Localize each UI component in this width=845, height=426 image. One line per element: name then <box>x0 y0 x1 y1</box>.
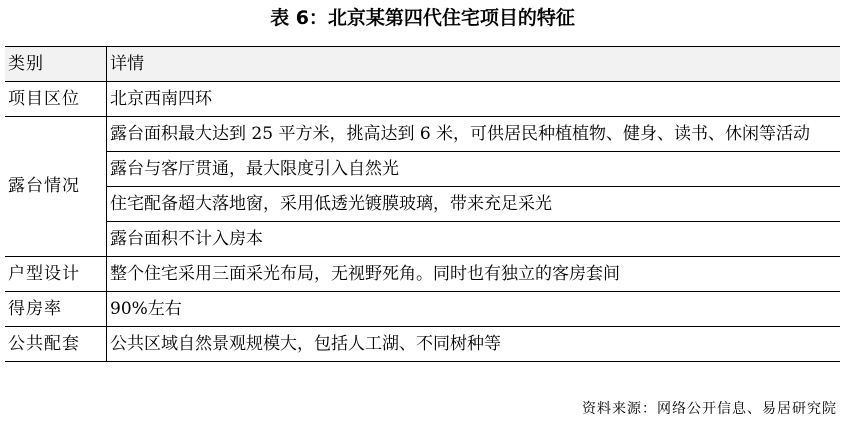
row-detail: 整个住宅采用三面采光布局，无视野死角。同时也有独立的客房套间 <box>107 257 841 292</box>
table-row: 露台情况 露台面积最大达到 25 平方米，挑高达到 6 米，可供居民种植植物、健… <box>5 117 840 152</box>
table-row: 项目区位 北京西南四环 <box>5 82 840 117</box>
row-detail: 90%左右 <box>107 292 841 327</box>
table-row: 得房率 90%左右 <box>5 292 840 327</box>
header-detail: 详情 <box>107 47 841 82</box>
row-detail: 露台面积最大达到 25 平方米，挑高达到 6 米，可供居民种植植物、健身、读书、… <box>107 117 841 152</box>
row-category: 公共配套 <box>5 327 107 362</box>
row-detail: 住宅配备超大落地窗，采用低透光镀膜玻璃，带来充足采光 <box>107 187 841 222</box>
table-header-row: 类别 详情 <box>5 47 840 82</box>
row-detail: 北京西南四环 <box>107 82 841 117</box>
table-title: 表 6：北京某第四代住宅项目的特征 <box>0 4 845 32</box>
row-detail: 露台与客厅贯通，最大限度引入自然光 <box>107 152 841 187</box>
header-category: 类别 <box>5 47 107 82</box>
table-row: 露台面积不计入房本 <box>5 222 840 257</box>
row-category: 露台情况 <box>5 117 107 257</box>
table-row: 公共配套 公共区域自然景观规模大，包括人工湖、不同树种等 <box>5 327 840 362</box>
table-row: 户型设计 整个住宅采用三面采光布局，无视野死角。同时也有独立的客房套间 <box>5 257 840 292</box>
source-note: 资料来源：网络公开信息、易居研究院 <box>582 398 837 420</box>
table-row: 住宅配备超大落地窗，采用低透光镀膜玻璃，带来充足采光 <box>5 187 840 222</box>
row-detail: 公共区域自然景观规模大，包括人工湖、不同树种等 <box>107 327 841 362</box>
features-table: 类别 详情 项目区位 北京西南四环 露台情况 露台面积最大达到 25 平方米，挑… <box>5 46 840 362</box>
row-category: 户型设计 <box>5 257 107 292</box>
row-detail: 露台面积不计入房本 <box>107 222 841 257</box>
row-category: 项目区位 <box>5 82 107 117</box>
row-category: 得房率 <box>5 292 107 327</box>
table-row: 露台与客厅贯通，最大限度引入自然光 <box>5 152 840 187</box>
